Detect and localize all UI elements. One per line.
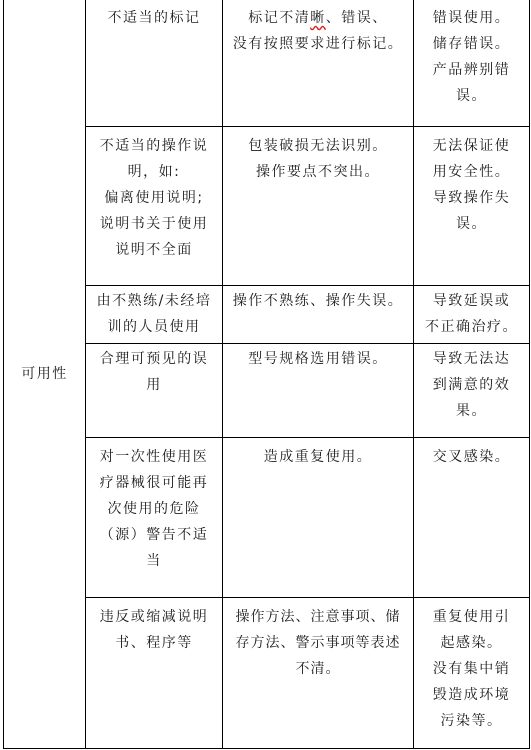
consequence-text: 交叉感染。: [417, 444, 526, 470]
hazard-text: 合理可预见的误: [89, 346, 219, 372]
hazard-text: 不适当的标记: [89, 5, 219, 31]
hazard-cell: 违反或缩减说明 书、程序等: [86, 598, 223, 749]
consequence-cell: 导致无法达 到满意的效 果。: [414, 344, 530, 438]
category-label: 可用性: [21, 366, 68, 382]
cause-cell: 操作方法、注意事项、储 存方法、警示事项等表述 不清。: [223, 598, 414, 749]
hazard-text: 说明书关于使用: [89, 211, 219, 237]
hazard-text: 用: [89, 372, 219, 398]
cause-text: 造成重复使用。: [226, 444, 410, 470]
consequence-text: 果。: [417, 398, 526, 424]
consequence-text: 储存错误。: [417, 31, 526, 57]
hazard-cell: 不适当的标记: [86, 0, 223, 127]
risk-analysis-table: 可用性 不适当的标记 标记不清晰、错误、 没有按照要求进行标记。 错误使用。 储…: [3, 0, 530, 749]
consequence-text: 用安全性。: [417, 159, 526, 185]
cause-cell: 标记不清晰、错误、 没有按照要求进行标记。: [223, 0, 414, 127]
hazard-text: 书、程序等: [89, 630, 219, 656]
cause-cell: 型号规格选用错误。: [223, 344, 414, 438]
consequence-cell: 交叉感染。: [414, 438, 530, 598]
table-row: 可用性 不适当的标记 标记不清晰、错误、 没有按照要求进行标记。 错误使用。 储…: [4, 0, 530, 127]
consequence-cell: 导致延误或 不正确治疗。: [414, 286, 530, 344]
consequence-text: 起感染。: [417, 630, 526, 656]
consequence-text: 错误使用。: [417, 5, 526, 31]
consequence-text: 导致延误或: [417, 288, 526, 314]
hazard-text: 不适当的操作说: [89, 133, 219, 159]
cause-text: 包装破损无法识别。: [226, 133, 410, 159]
consequence-text: 没有集中销: [417, 656, 526, 682]
hazard-text: 偏离使用说明;: [89, 185, 219, 211]
consequence-text: 毁造成环境: [417, 682, 526, 708]
hazard-text: （源）警告不适: [89, 522, 219, 548]
consequence-cell: 错误使用。 储存错误。 产品辨别错 误。: [414, 0, 530, 127]
cause-text: 型号规格选用错误。: [226, 346, 410, 372]
consequence-cell: 重复使用引 起感染。 没有集中销 毁造成环境 污染等。: [414, 598, 530, 749]
hazard-text: 对一次性使用医: [89, 444, 219, 470]
hazard-cell: 不适当的操作说 明，如: 偏离使用说明; 说明书关于使用 说明不全面: [86, 127, 223, 286]
cause-cell: 操作不熟练、操作失误。: [223, 286, 414, 344]
consequence-text: 误。: [417, 83, 526, 109]
consequence-text: 不正确治疗。: [417, 314, 526, 340]
hazard-text: 明，如:: [89, 159, 219, 185]
consequence-text: 误。: [417, 211, 526, 237]
cause-cell: 包装破损无法识别。 操作要点不突出。: [223, 127, 414, 286]
cause-text: 操作不熟练、操作失误。: [226, 288, 410, 314]
consequence-text: 无法保证使: [417, 133, 526, 159]
category-cell: 可用性: [4, 0, 86, 749]
consequence-text: 污染等。: [417, 708, 526, 734]
consequence-text: 导致操作失: [417, 185, 526, 211]
cause-cell: 造成重复使用。: [223, 438, 414, 598]
consequence-cell: 无法保证使 用安全性。 导致操作失 误。: [414, 127, 530, 286]
cause-text: 不清。: [226, 656, 410, 682]
hazard-text: 次使用的危险: [89, 496, 219, 522]
hazard-text: 训的人员使用: [89, 314, 219, 340]
hazard-text: 当: [89, 548, 219, 574]
spellcheck-underline: 晰: [310, 10, 326, 26]
hazard-cell: 合理可预见的误 用: [86, 344, 223, 438]
hazard-text: 说明不全面: [89, 237, 219, 263]
cause-text: 操作要点不突出。: [226, 159, 410, 185]
cause-text: 没有按照要求进行标记。: [226, 31, 410, 57]
hazard-cell: 由不熟练/未经培 训的人员使用: [86, 286, 223, 344]
consequence-text: 产品辨别错: [417, 57, 526, 83]
consequence-text: 到满意的效: [417, 372, 526, 398]
consequence-text: 重复使用引: [417, 604, 526, 630]
hazard-text: 违反或缩减说明: [89, 604, 219, 630]
hazard-cell: 对一次性使用医 疗器械很可能再 次使用的危险 （源）警告不适 当: [86, 438, 223, 598]
cause-text: 标记不清晰、错误、: [226, 5, 410, 31]
consequence-text: 导致无法达: [417, 346, 526, 372]
cause-text: 存方法、警示事项等表述: [226, 630, 410, 656]
hazard-text: 疗器械很可能再: [89, 470, 219, 496]
cause-text: 操作方法、注意事项、储: [226, 604, 410, 630]
hazard-text: 由不熟练/未经培: [89, 288, 219, 314]
